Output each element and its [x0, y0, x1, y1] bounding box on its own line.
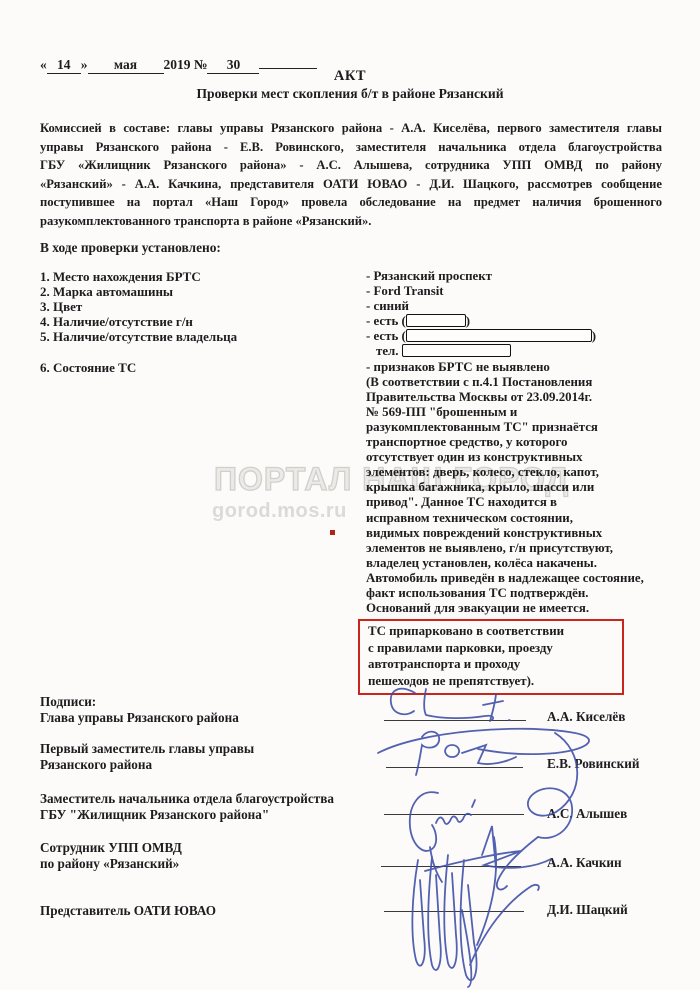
intro-line: управы Рязанского района - Е.В. Ровинско… — [40, 138, 662, 157]
signatures-heading: Подписи: — [40, 694, 96, 710]
value-phone: тел. — [366, 344, 644, 359]
condition-line: крышка багажника, крыло, шасси или — [366, 480, 644, 495]
intro-line: ГБУ «Жилищник Рязанского района» - А.С. … — [40, 156, 662, 175]
condition-line: разукомплектованным ТС" признаётся — [366, 420, 644, 435]
condition-line: факт использования ТС подтверждён. — [366, 586, 644, 601]
signature-scribble-alyshev — [410, 792, 538, 889]
plate-suffix: ) — [466, 314, 470, 328]
signature-role-kiselev: Глава управы Рязанского района — [40, 710, 239, 726]
document-title: АКТ — [0, 68, 700, 85]
findings-heading: В ходе проверки установлено: — [40, 240, 221, 256]
checklist-label-owner: 5. Наличие/отсутствие владельца — [40, 329, 237, 344]
condition-line: Автомобиль приведён в надлежащее состоян… — [366, 571, 644, 586]
highlight-line: с правилами парковки, проезду — [368, 640, 622, 657]
condition-line: транспортное средство, у которого — [366, 435, 644, 450]
signature-role-rovinsky-1: Первый заместитель главы управы — [40, 741, 254, 757]
plate-prefix: - есть ( — [366, 314, 406, 328]
condition-text: - признаков БРТС не выявлено(В соответст… — [366, 360, 644, 617]
signature-role-shatsky: Представитель ОАТИ ЮВАО — [40, 903, 216, 919]
portal-watermark-url: gorod.mos.ru — [212, 500, 347, 523]
intro-line: поступившее на портал «Наш Город» провел… — [40, 193, 662, 212]
condition-line: - признаков БРТС не выявлено — [366, 360, 644, 375]
value-owner: - есть () — [366, 329, 644, 344]
condition-line: Оснований для эвакуации не имеется. — [366, 601, 644, 616]
checklist-values: - Рязанский проспект - Ford Transit - си… — [366, 269, 644, 695]
date-blank-underline — [259, 55, 317, 69]
owner-prefix: - есть ( — [366, 329, 406, 343]
intro-line: Комиссией в составе: главы управы Рязанс… — [40, 119, 662, 138]
condition-line: элементов не выявлено, г/н присутствуют, — [366, 541, 644, 556]
checklist-labels: 1. Место нахождения БРТС 2. Марка автома… — [40, 269, 237, 375]
signature-scribble-shatsky — [412, 855, 539, 987]
condition-line: (В соответствии с п.4.1 Постановления — [366, 375, 644, 390]
checklist-label-plate: 4. Наличие/отсутствие г/н — [40, 314, 237, 329]
owner-redaction-box — [406, 329, 592, 342]
scanned-document-page: ПОРТАЛ НАШ ГОРОД gorod.mos.ru «14»мая201… — [0, 0, 700, 990]
intro-paragraph: Комиссией в составе: главы управы Рязанс… — [40, 119, 662, 231]
value-plate: - есть () — [366, 314, 644, 329]
phone-label: тел. — [376, 344, 399, 358]
checklist-label-spacer — [40, 344, 237, 359]
condition-line: видимых повреждений конструктивных — [366, 526, 644, 541]
checklist-label-condition: 6. Состояние ТС — [40, 360, 237, 375]
checklist-label-color: 3. Цвет — [40, 299, 237, 314]
condition-line: отсутствует один из конструктивных — [366, 450, 644, 465]
signature-role-kachkin-2: по району «Рязанский» — [40, 856, 179, 872]
intro-line: разукомплектованного транспорта в районе… — [40, 212, 662, 231]
phone-redaction-box — [402, 344, 511, 357]
signature-role-kachkin-1: Сотрудник УПП ОМВД — [40, 840, 182, 856]
value-color: - синий — [366, 299, 644, 314]
checklist-label-brand: 2. Марка автомашины — [40, 284, 237, 299]
condition-line: владелец установлен, колёса накачены. — [366, 556, 644, 571]
condition-line: Правительства Москвы от 23.09.2014г. — [366, 390, 644, 405]
handwritten-signatures — [370, 675, 650, 990]
red-dot-mark — [330, 530, 335, 535]
condition-line: элементов: дверь, колесо, стекло, капот, — [366, 465, 644, 480]
signature-role-rovinsky-2: Рязанского района — [40, 757, 152, 773]
signature-scribble-kiselev — [391, 689, 510, 721]
intro-line: «Рязанский» - А.А. Качкина, представител… — [40, 175, 662, 194]
highlight-line: ТС припарковано в соответствии — [368, 623, 622, 640]
document-subtitle: Проверки мест скопления б/т в районе Ряз… — [0, 86, 700, 102]
plate-redaction-box — [406, 314, 466, 327]
signature-role-alyshev-1: Заместитель начальника отдела благоустро… — [40, 791, 334, 807]
highlight-line: автотранспорта и проходу — [368, 656, 622, 673]
value-brand: - Ford Transit — [366, 284, 644, 299]
owner-suffix: ) — [592, 329, 596, 343]
condition-line: исправном техническом состоянии, — [366, 511, 644, 526]
condition-line: привод". Данное ТС находится в — [366, 495, 644, 510]
value-location: - Рязанский проспект — [366, 269, 644, 284]
signature-role-alyshev-2: ГБУ "Жилищник Рязанского района" — [40, 807, 269, 823]
checklist-label-location: 1. Место нахождения БРТС — [40, 269, 237, 284]
condition-line: № 569-ПП "брошенным и — [366, 405, 644, 420]
